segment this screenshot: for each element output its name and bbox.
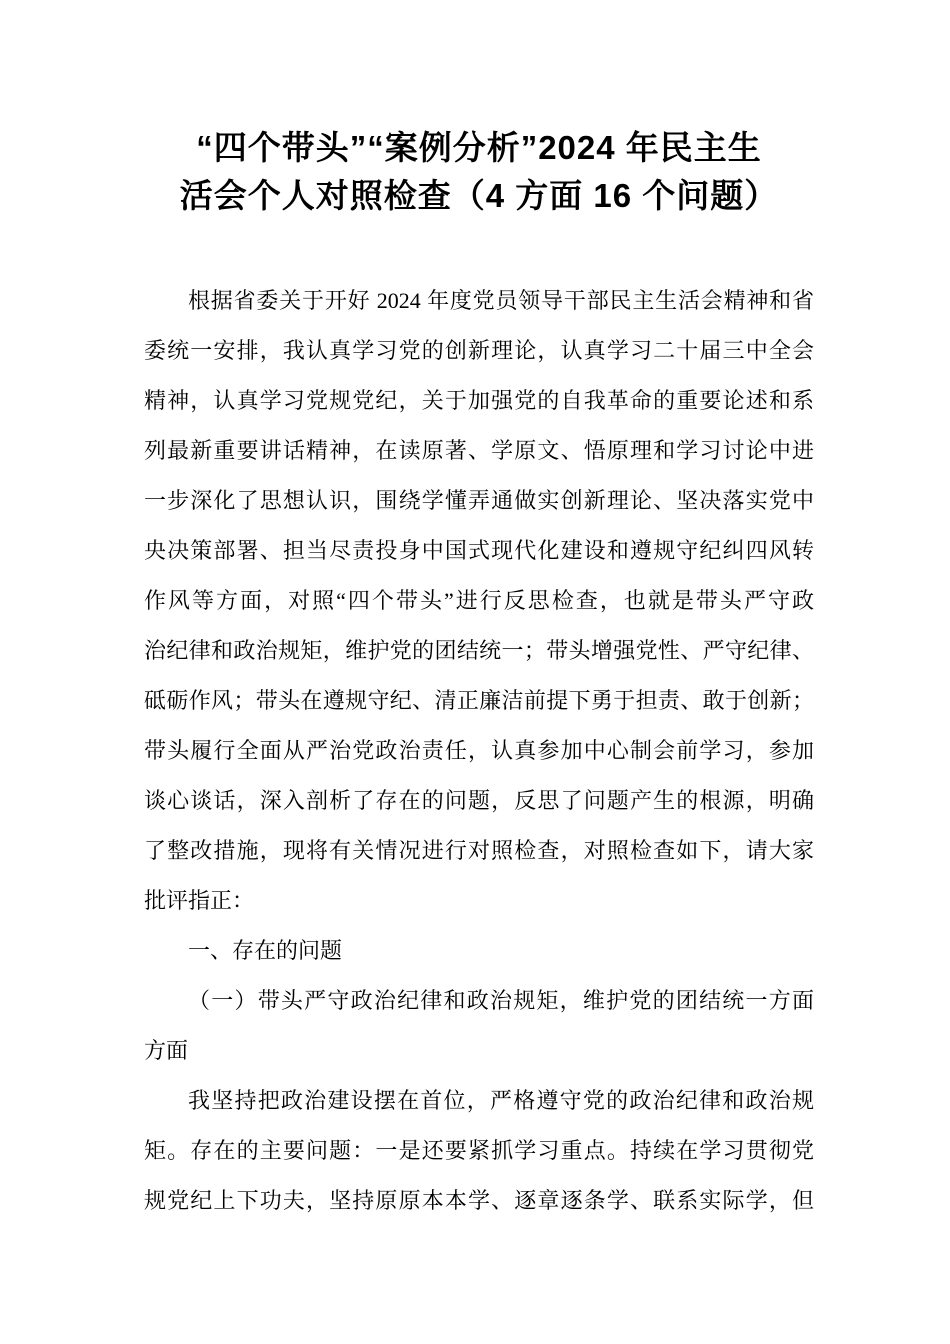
text-line: 了整改措施，现将有关情况进行对照检查，对照检查如下，请大家 xyxy=(144,826,814,876)
document-content: “四个带头”“案例分析”2024 年民主生 活会个人对照检查（4 方面 16 个… xyxy=(144,0,814,1226)
text-line: 根据省委关于开好 2024 年度党员领导干部民主生活会精神和省 xyxy=(144,276,814,326)
text-line: （一）带头严守政治纪律和政治规矩，维护党的团结统一方面 xyxy=(144,976,814,1026)
text-line: 方面 xyxy=(144,1026,814,1076)
text-line: 砥砺作风；带头在遵规守纪、清正廉洁前提下勇于担责、敢于创新； xyxy=(144,676,814,726)
paragraph: 我坚持把政治建设摆在首位，严格遵守党的政治纪律和政治规矩。存在的主要问题：一是还… xyxy=(144,1076,814,1226)
text-line: 一、存在的问题 xyxy=(144,926,814,976)
paragraph: （一）带头严守政治纪律和政治规矩，维护党的团结统一方面方面 xyxy=(144,976,814,1076)
text-line: 列最新重要讲话精神，在读原著、学原文、悟原理和学习讨论中进 xyxy=(144,426,814,476)
text-line: 矩。存在的主要问题：一是还要紧抓学习重点。持续在学习贯彻党 xyxy=(144,1126,814,1176)
text-line: 央决策部署、担当尽责投身中国式现代化建设和遵规守纪纠四风转 xyxy=(144,526,814,576)
paragraph: 一、存在的问题 xyxy=(144,926,814,976)
text-line: 我坚持把政治建设摆在首位，严格遵守党的政治纪律和政治规 xyxy=(144,1076,814,1126)
text-line: 规党纪上下功夫，坚持原原本本学、逐章逐条学、联系实际学，但 xyxy=(144,1176,814,1226)
text-line: 谈心谈话，深入剖析了存在的问题，反思了问题产生的根源，明确 xyxy=(144,776,814,826)
paragraph: 根据省委关于开好 2024 年度党员领导干部民主生活会精神和省委统一安排，我认真… xyxy=(144,276,814,926)
text-line: 带头履行全面从严治党政治责任，认真参加中心制会前学习，参加 xyxy=(144,726,814,776)
document-title: “四个带头”“案例分析”2024 年民主生 活会个人对照检查（4 方面 16 个… xyxy=(144,0,814,220)
document-page: “四个带头”“案例分析”2024 年民主生 活会个人对照检查（4 方面 16 个… xyxy=(0,0,950,1344)
title-line-1: “四个带头”“案例分析”2024 年民主生 xyxy=(144,124,814,172)
text-line: 批评指正： xyxy=(144,876,814,926)
text-line: 一步深化了思想认识，围绕学懂弄通做实创新理论、坚决落实党中 xyxy=(144,476,814,526)
title-line-2: 活会个人对照检查（4 方面 16 个问题） xyxy=(144,172,814,220)
text-line: 作风等方面，对照“四个带头”进行反思检查，也就是带头严守政 xyxy=(144,576,814,626)
text-line: 治纪律和政治规矩，维护党的团结统一；带头增强党性、严守纪律、 xyxy=(144,626,814,676)
text-line: 精神，认真学习党规党纪，关于加强党的自我革命的重要论述和系 xyxy=(144,376,814,426)
document-body: 根据省委关于开好 2024 年度党员领导干部民主生活会精神和省委统一安排，我认真… xyxy=(144,276,814,1226)
text-line: 委统一安排，我认真学习党的创新理论，认真学习二十届三中全会 xyxy=(144,326,814,376)
